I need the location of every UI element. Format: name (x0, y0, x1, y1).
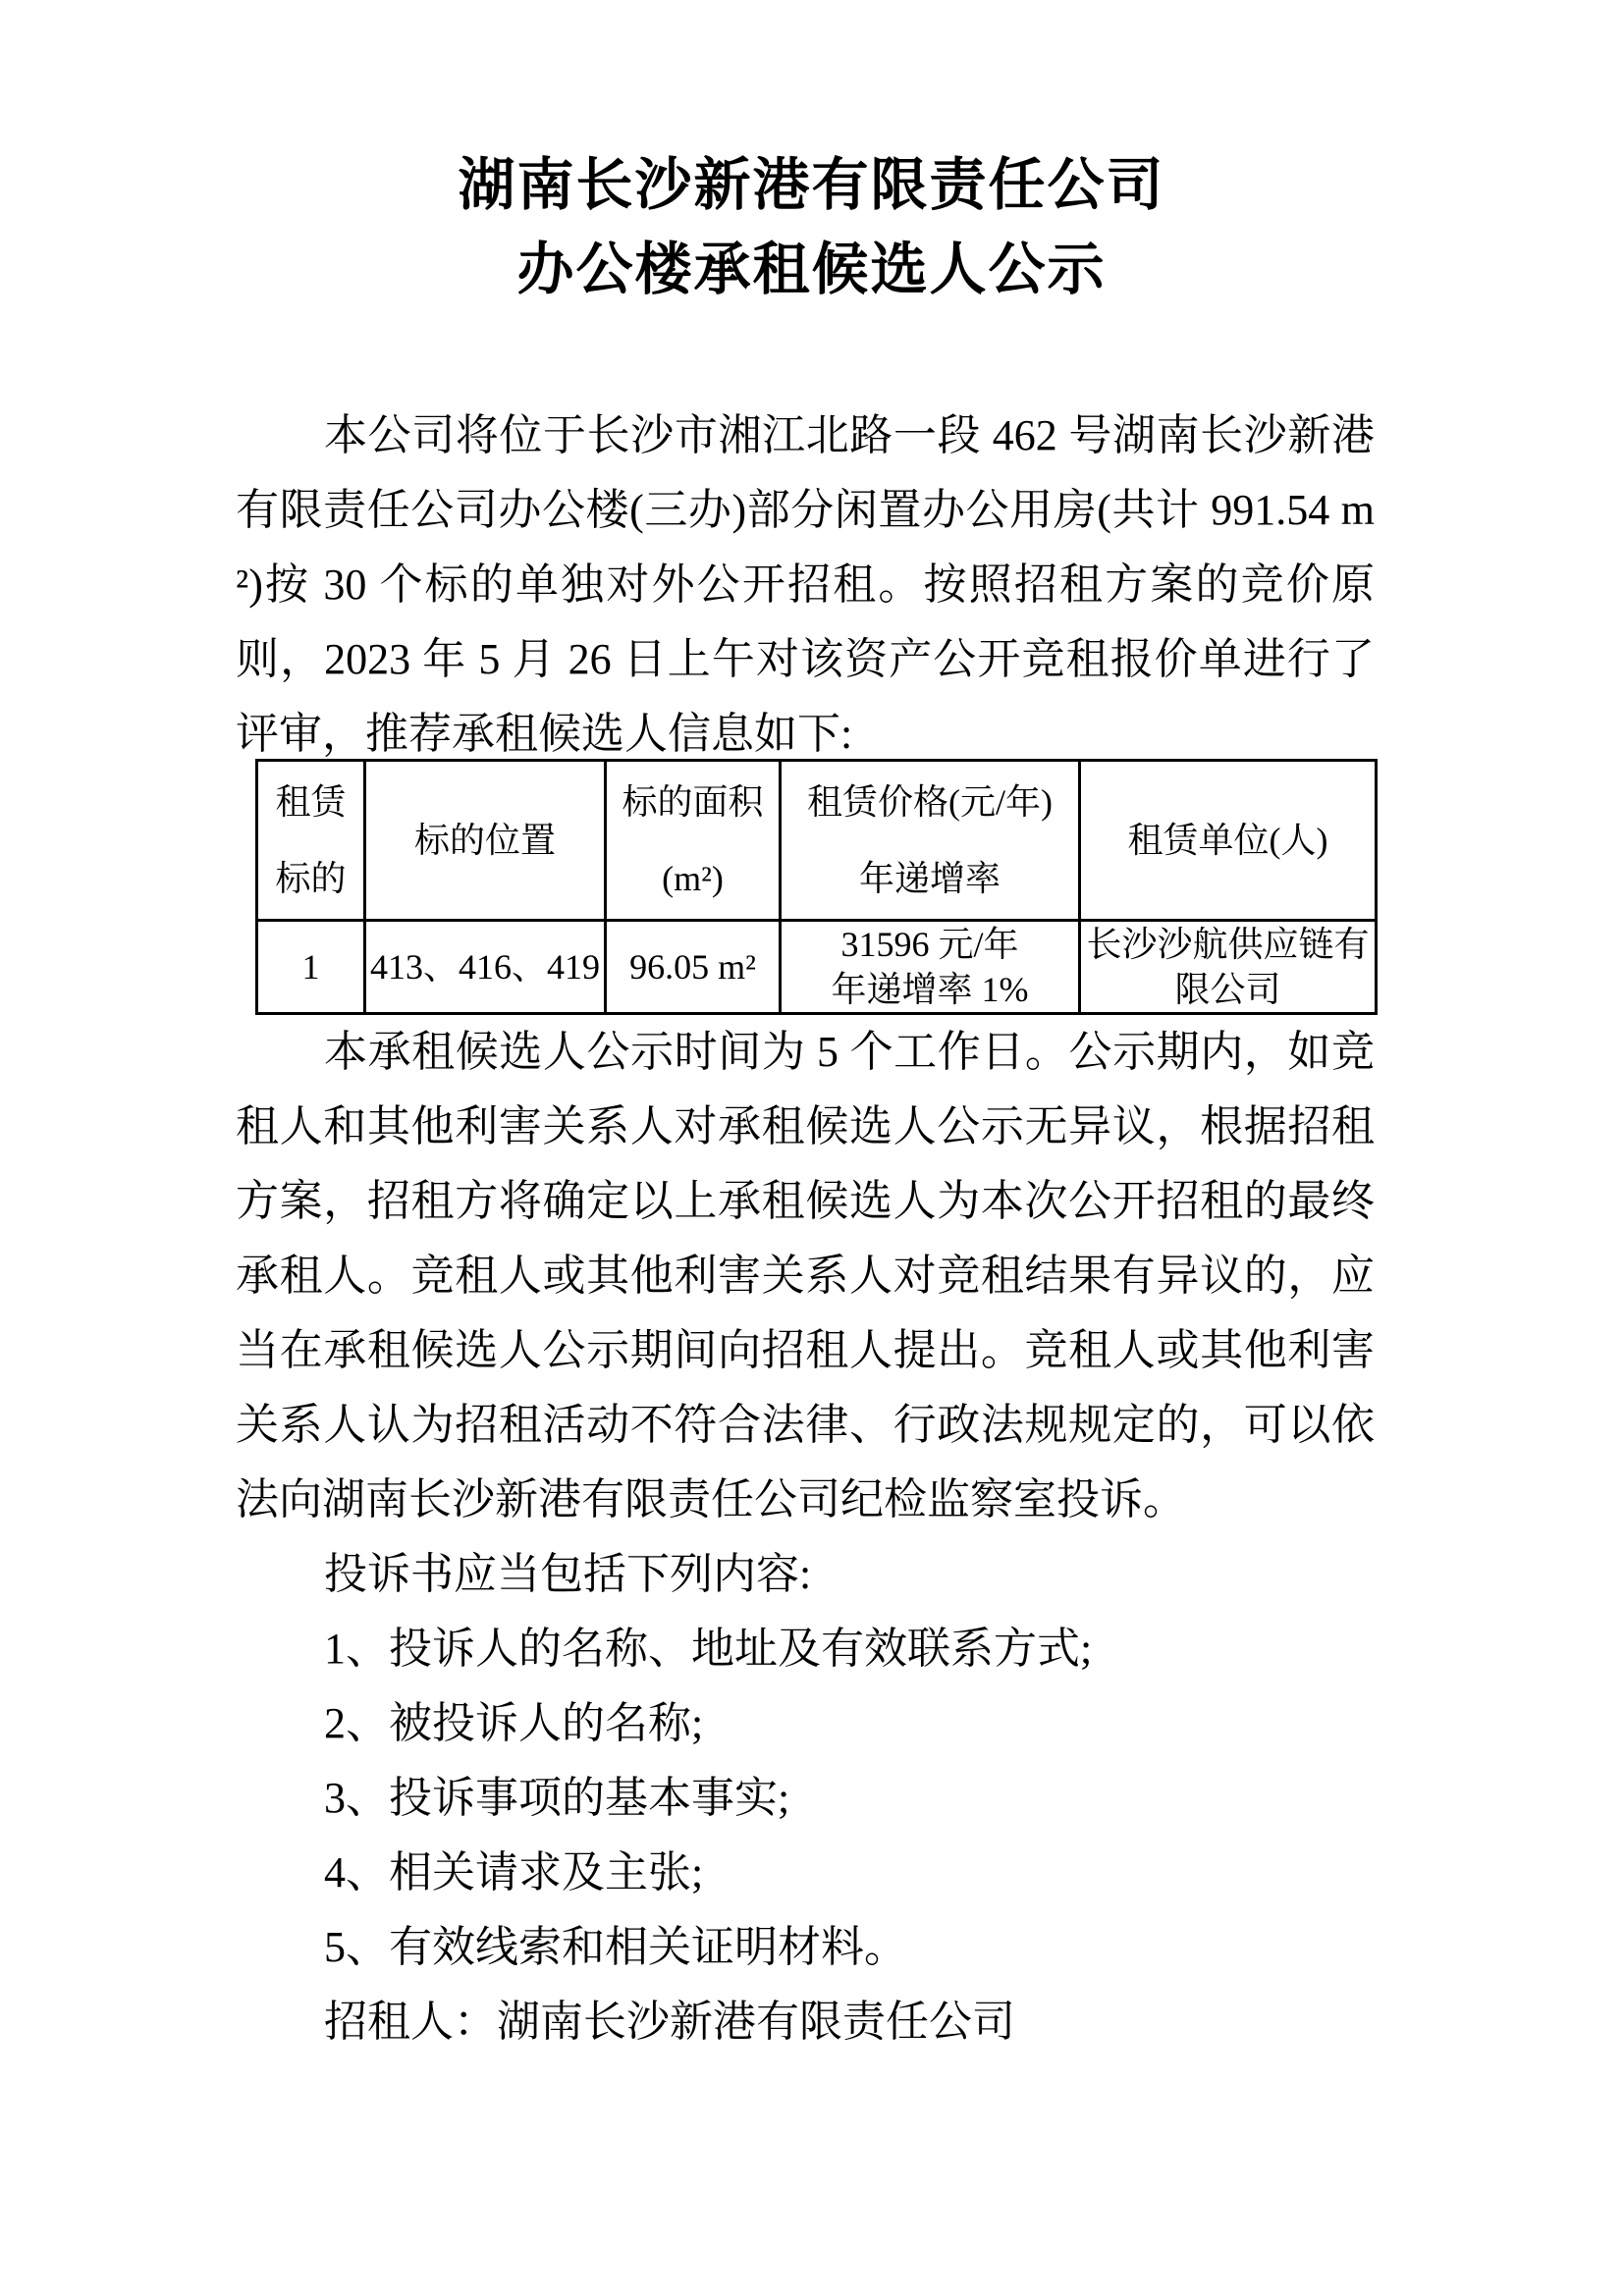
complaint-item-2: 2、被投诉人的名称; (236, 1686, 1375, 1761)
cell-price: 31596 元/年 年递增率 1% (781, 921, 1080, 1014)
candidate-table: 租赁 标的 标的位置 标的面积 (m²) 租赁价格(元/年) 年递增率 租赁单位… (255, 759, 1378, 1015)
cell-lessee: 长沙沙航供应链有限公司 (1080, 921, 1377, 1014)
cell-price-line1: 31596 元/年 (782, 922, 1078, 967)
lessor-line: 招租人：湖南长沙新港有限责任公司 (236, 1985, 1375, 2059)
th-price-line2: 年递增率 (782, 840, 1078, 917)
complaint-item-3: 3、投诉事项的基本事实; (236, 1761, 1375, 1836)
table-header-row: 租赁 标的 标的位置 标的面积 (m²) 租赁价格(元/年) 年递增率 租赁单位… (257, 761, 1377, 921)
cell-bid-id: 1 (257, 921, 365, 1014)
title-line-1: 湖南长沙新港有限责任公司 (0, 143, 1623, 228)
intro-block: 本公司将位于长沙市湘江北路一段 462 号湖南长沙新港有限责任公司办公楼(三办)… (236, 399, 1375, 772)
th-bid-id-line2: 标的 (258, 840, 363, 917)
document-title: 湖南长沙新港有限责任公司 办公楼承租候选人公示 (0, 143, 1623, 312)
notice-block: 本承租候选人公示时间为 5 个工作日。公示期内，如竞租人和其他利害关系人对承租候… (236, 1015, 1375, 2059)
th-location: 标的位置 (365, 761, 606, 921)
complaint-item-1: 1、投诉人的名称、地址及有效联系方式; (236, 1612, 1375, 1686)
table-row: 1 413、416、419 96.05 m² 31596 元/年 年递增率 1%… (257, 921, 1377, 1014)
cell-area: 96.05 m² (606, 921, 781, 1014)
complaint-item-4: 4、相关请求及主张; (236, 1836, 1375, 1910)
intro-paragraph: 本公司将位于长沙市湘江北路一段 462 号湖南长沙新港有限责任公司办公楼(三办)… (236, 399, 1375, 772)
notice-paragraph: 本承租候选人公示时间为 5 个工作日。公示期内，如竞租人和其他利害关系人对承租候… (236, 1015, 1375, 1537)
th-bid-id-line1: 租赁 (258, 764, 363, 840)
th-area: 标的面积 (m²) (606, 761, 781, 921)
th-lessee: 租赁单位(人) (1080, 761, 1377, 921)
th-bid-id: 租赁 标的 (257, 761, 365, 921)
complaint-intro-line: 投诉书应当包括下列内容: (236, 1537, 1375, 1612)
th-price-line1: 租赁价格(元/年) (782, 764, 1078, 840)
th-area-line1: 标的面积 (607, 764, 779, 840)
cell-location: 413、416、419 (365, 921, 606, 1014)
cell-price-line2: 年递增率 1% (782, 967, 1078, 1012)
title-line-2: 办公楼承租候选人公示 (0, 228, 1623, 312)
th-area-line2: (m²) (607, 840, 779, 917)
complaint-item-5: 5、有效线索和相关证明材料。 (236, 1910, 1375, 1985)
document-page: 湖南长沙新港有限责任公司 办公楼承租候选人公示 本公司将位于长沙市湘江北路一段 … (0, 0, 1623, 2296)
th-price: 租赁价格(元/年) 年递增率 (781, 761, 1080, 921)
